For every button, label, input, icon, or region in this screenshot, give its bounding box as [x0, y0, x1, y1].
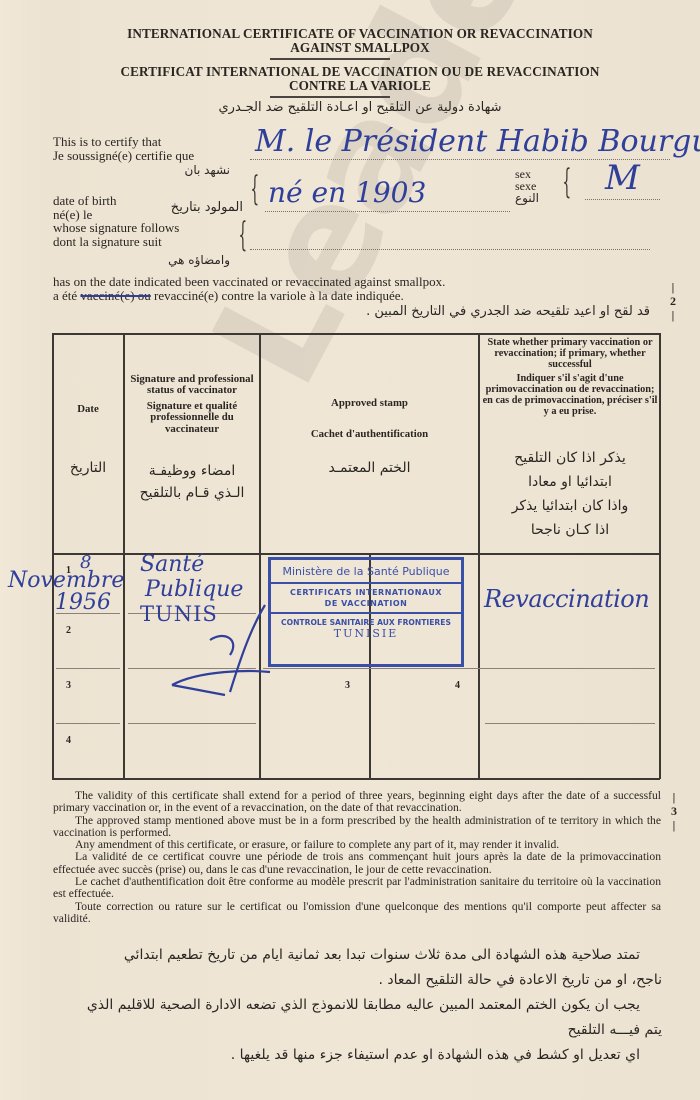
certify-label: This is to certify that Je soussigné(e) …: [53, 135, 194, 162]
notes-arabic: تمتد صلاحية هذه الشهادة الى مدة ثلاث سنو…: [50, 943, 662, 1068]
stamp-line1: Ministère de la Santé Publique: [271, 560, 461, 584]
title-ar: شهادة دولية عن التلقيح او اعـادة التلقيح…: [150, 100, 570, 115]
dob-field[interactable]: né en 1903: [268, 176, 426, 209]
row-divider: [263, 668, 655, 669]
vaccinator-fr: Signature et qualité professionnelle du …: [126, 401, 258, 435]
signature-label: whose signature follows dont la signatur…: [53, 221, 179, 248]
dob-fr: né(e) le: [53, 208, 117, 222]
signature-line[interactable]: [250, 248, 650, 250]
column-header-stamp: Approved stamp Cachet d'authentification: [262, 398, 477, 441]
row-divider: [56, 668, 120, 669]
stamp-line4: CONTROLE SANITAIRE AUX FRONTIERES: [271, 614, 461, 627]
row-divider: [485, 723, 655, 724]
certify-en: This is to certify that: [53, 135, 194, 149]
certificate-page: Leaders INTERNATIONAL CERTIFICATE OF VAC…: [0, 0, 700, 1100]
row-divider: [128, 723, 256, 724]
margin-mark-upper: |2|: [666, 280, 680, 322]
notes-english: The validity of this certificate shall e…: [53, 790, 661, 925]
certify-fr: Je soussigné(e) certifie que: [53, 149, 194, 163]
column-header-date-ar: التاريخ: [54, 460, 122, 476]
sex-label: sex sexe النوع: [515, 168, 539, 204]
column-header-date: Date: [54, 404, 122, 415]
entry-vaccinator-line1[interactable]: Santé: [140, 552, 204, 577]
struck-text: vacciné(e) ou: [80, 288, 150, 303]
result-en: State whether primary vaccination or rev…: [482, 337, 658, 370]
note-ar: اي تعديل او كشط في هذه الشهادة او عدم اس…: [50, 1043, 662, 1068]
col-border: [259, 333, 261, 779]
holder-name-field[interactable]: M. le Président Habib Bourguiba: [255, 124, 700, 159]
margin-mark-lower: |3|: [667, 790, 681, 832]
page-number: 2: [666, 294, 680, 308]
col-border: [659, 333, 661, 779]
note-fr: Le cachet d'authentification doit être c…: [53, 876, 661, 901]
divider: [270, 58, 390, 60]
note-ar: تمتد صلاحية هذه الشهادة الى مدة ثلاث سنو…: [50, 943, 662, 968]
result-ar-line: واذا كان ابتدائيا يذكر: [482, 494, 658, 518]
title-en-line2: AGAINST SMALLPOX: [40, 41, 680, 55]
statement-en: has on the date indicated been vaccinate…: [53, 275, 653, 289]
note-en: The validity of this certificate shall e…: [53, 790, 661, 815]
title-en-line1: INTERNATIONAL CERTIFICATE OF VACCINATION…: [40, 27, 680, 41]
note-ar: يتم فيـــه التلقيح: [50, 1018, 662, 1043]
stamp-fr: Cachet d'authentification: [262, 429, 477, 440]
column-header-vaccinator-ar: امضاء ووظيفـة الـذي قـام بالتلقيح: [126, 460, 258, 504]
title-fr-line2: CONTRE LA VARIOLE: [40, 79, 680, 93]
table-top-border: [52, 333, 660, 335]
note-ar: يجب ان يكون الختم المعتمد المبين عاليه م…: [50, 993, 662, 1018]
title-fr: CERTIFICAT INTERNATIONAL DE VACCINATION …: [40, 65, 680, 93]
title-en: INTERNATIONAL CERTIFICATE OF VACCINATION…: [40, 27, 680, 55]
statement-fr-suffix: revacciné(e) contre la variole à la date…: [151, 288, 404, 303]
column-header-result-ar: يذكر اذا كان التلقيح ابتدائيا او معادا و…: [482, 446, 658, 542]
row-number: 2: [66, 625, 71, 636]
stamp-line2: CERTIFICATS INTERNATIONAUX: [271, 587, 461, 598]
sex-line: [585, 198, 660, 200]
row-number: 4: [66, 735, 71, 746]
entry-vaccinator-line2[interactable]: Publique: [145, 577, 243, 602]
vaccinator-ar-line2: الـذي قـام بالتلقيح: [126, 482, 258, 504]
brace: {: [238, 218, 247, 252]
table-bottom-border: [52, 778, 660, 780]
note-en: The approved stamp mentioned above must …: [53, 815, 661, 840]
vaccinator-ar-line1: امضاء ووظيفـة: [126, 460, 258, 482]
result-ar-line: يذكر اذا كان التلقيح: [482, 446, 658, 470]
statement-fr-prefix: a été: [53, 288, 80, 303]
brace: {: [562, 165, 571, 199]
vaccinator-signature-icon: [170, 600, 280, 700]
certify-ar: نشهد بان: [170, 163, 230, 177]
signature-fr: dont la signature suit: [53, 235, 179, 249]
col-border: [478, 333, 480, 779]
row-number: 3: [66, 680, 71, 691]
stamp-box-number: 4: [455, 680, 460, 691]
result-fr: Indiquer s'il s'agit d'une primovaccinat…: [482, 373, 658, 417]
statement-fr: a été vacciné(e) ou revacciné(e) contre …: [53, 289, 653, 303]
dob-ar: المولود بتاريخ: [138, 200, 243, 215]
result-ar-line: ابتدائيا او معادا: [482, 470, 658, 494]
vaccinator-en: Signature and professional status of vac…: [126, 374, 258, 397]
column-header-vaccinator: Signature and professional status of vac…: [126, 374, 258, 435]
signature-en: whose signature follows: [53, 221, 179, 235]
approved-stamp: Ministère de la Santé Publique CERTIFICA…: [268, 557, 464, 667]
stamp-line3: DE VACCINATION: [271, 598, 461, 609]
divider: [270, 96, 390, 98]
brace: {: [250, 172, 259, 206]
result-ar-line: اذا كـان ناجحا: [482, 518, 658, 542]
col-border: [123, 333, 125, 779]
entry-result[interactable]: Revaccination: [484, 585, 649, 613]
dob-en: date of birth: [53, 194, 117, 208]
title-fr-line1: CERTIFICAT INTERNATIONAL DE VACCINATION …: [40, 65, 680, 79]
page-number: 3: [667, 804, 681, 818]
dob-label: date of birth né(e) le: [53, 194, 117, 221]
dob-line: [265, 210, 510, 212]
stamp-line5: TUNISIE: [271, 627, 461, 640]
column-header-stamp-ar: الختم المعتمـد: [262, 460, 477, 476]
note-fr: La validité de ce certificat couvre une …: [53, 851, 661, 876]
stamp-middle: CERTIFICATS INTERNATIONAUX DE VACCINATIO…: [271, 584, 461, 614]
stamp-en: Approved stamp: [262, 398, 477, 409]
note-ar: ناجح، او من تاريخ الاعادة في حالة التلقي…: [50, 968, 662, 993]
entry-date-year[interactable]: 1956: [55, 590, 111, 615]
row-divider: [56, 723, 120, 724]
col-border: [52, 333, 54, 779]
statement-ar: قد لقح او اعيد تلقيحه ضد الجدري في التار…: [280, 304, 650, 319]
sex-ar: النوع: [515, 192, 539, 204]
signature-ar: وامضاؤه هي: [120, 253, 230, 267]
sex-field[interactable]: M: [605, 158, 640, 198]
note-fr: Toute correction ou rature sur le certif…: [53, 901, 661, 926]
stamp-box-number: 3: [345, 680, 350, 691]
column-header-result: State whether primary vaccination or rev…: [482, 337, 658, 417]
